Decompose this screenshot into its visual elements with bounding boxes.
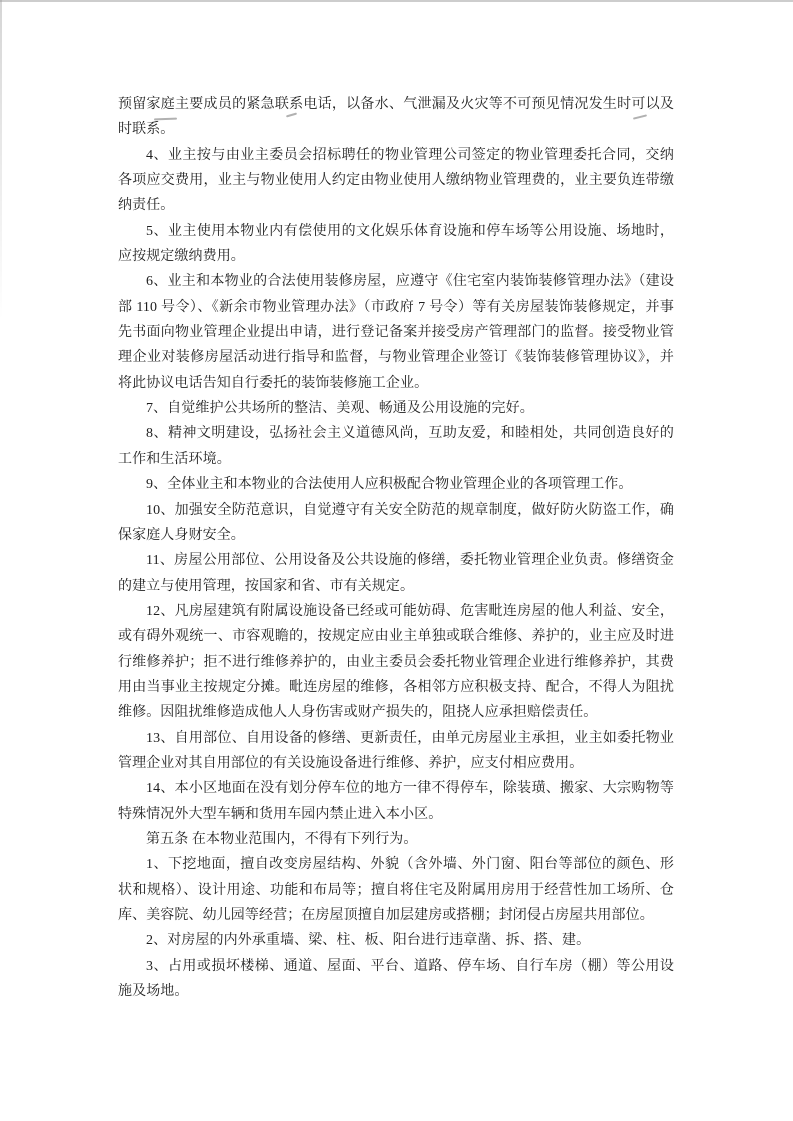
scan-edge-top — [0, 0, 793, 2]
paragraph-prohibited-1-structure: 1、下挖地面，擅自改变房屋结构、外貌（含外墙、外门窗、阳台等部位的颜色、形状和规… — [118, 852, 674, 928]
paragraph-item-11-common-repair: 11、房屋公用部位、公用设备及公共设施的修缮，委托物业管理企业负责。修缮资金的建… — [118, 548, 674, 599]
paragraph-prohibited-2-load-bearing: 2、对房屋的内外承重墙、梁、柱、板、阳台进行违章凿、拆、搭、建。 — [118, 928, 674, 953]
paragraph-item-7-public-places: 7、自觉维护公共场所的整洁、美观、畅通及公用设施的完好。 — [118, 396, 674, 421]
paragraph-item-13-self-use-repair: 13、自用部位、自用设备的修缮、更新责任，由单元房屋业主承担，业主如委托物业管理… — [118, 726, 674, 777]
paragraph-item-6-decoration: 6、业主和本物业的合法使用装修房屋，应遵守《住宅室内装饰装修管理办法》（建设部 … — [118, 269, 674, 396]
paragraph-clause-5-heading: 第五条 在本物业范围内，不得有下列行为。 — [118, 827, 674, 852]
scan-edge-left — [0, 0, 2, 320]
scanned-document-page: 预留家庭主要成员的紧急联系电话，以备水、气泄漏及火灾等不可预见情况发生时可以及时… — [0, 0, 793, 1121]
paragraph-item-9-cooperation: 9、全体业主和本物业的合法使用人应积极配合物业管理企业的各项管理工作。 — [118, 472, 674, 497]
paragraph-contact-continuation: 预留家庭主要成员的紧急联系电话，以备水、气泄漏及火灾等不可预见情况发生时可以及时… — [118, 92, 674, 143]
paragraph-item-8-civility: 8、精神文明建设，弘扬社会主义道德风尚，互助友爱，和睦相处，共同创造良好的工作和… — [118, 421, 674, 472]
paragraph-item-4-fees: 4、业主按与由业主委员会招标聘任的物业管理公司签定的物业管理委托合同，交纳各项应… — [118, 143, 674, 219]
paragraph-item-14-parking: 14、本小区地面在没有划分停车位的地方一律不得停车，除装璜、搬家、大宗购物等特殊… — [118, 776, 674, 827]
paragraph-item-5-paid-facilities: 5、业主使用本物业内有偿使用的文化娱乐体育设施和停车场等公用设施、场地时，应按规… — [118, 219, 674, 270]
paragraph-item-10-security: 10、加强安全防范意识，自觉遵守有关安全防范的规章制度，做好防火防盗工作，确保家… — [118, 498, 674, 549]
document-text-block: 预留家庭主要成员的紧急联系电话，以备水、气泄漏及火灾等不可预见情况发生时可以及时… — [118, 92, 674, 1004]
paragraph-item-12-adjacent-repair: 12、凡房屋建筑有附属设施设备已经或可能妨碍、危害毗连房屋的他人利益、安全，或有… — [118, 599, 674, 726]
paragraph-prohibited-3-occupation: 3、占用或损坏楼梯、通道、屋面、平台、道路、停车场、自行车房（棚）等公用设施及场… — [118, 954, 674, 1005]
